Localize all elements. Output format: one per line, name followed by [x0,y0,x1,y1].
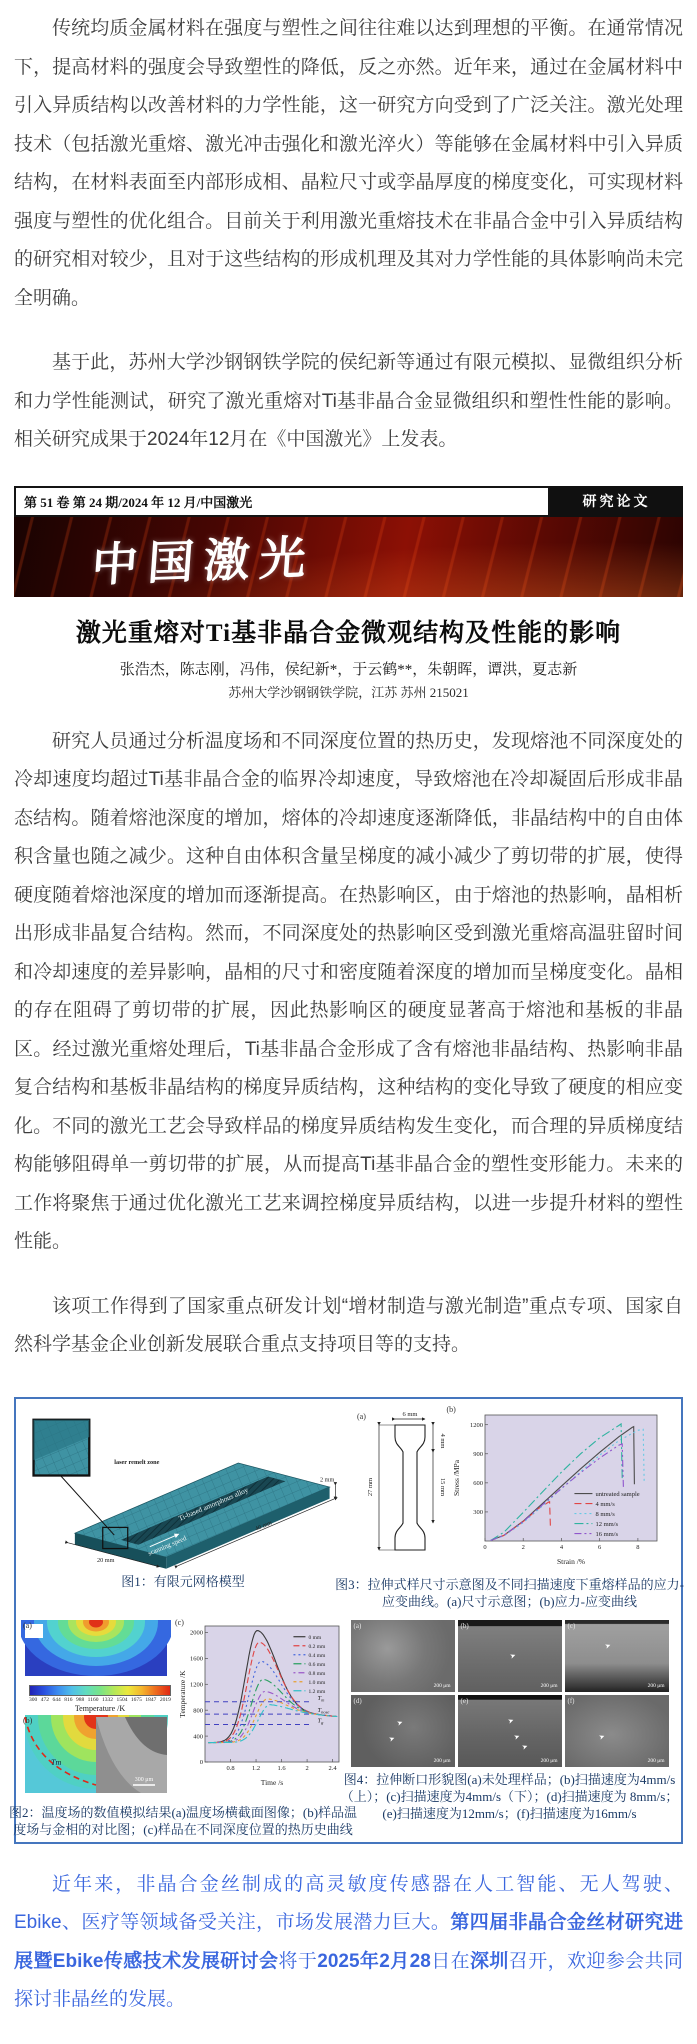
fig2-panel-c-label: (c) [175,1618,184,1627]
svg-text:8 mm/s: 8 mm/s [595,1510,615,1517]
svg-text:2: 2 [305,1765,308,1772]
svg-text:0.2 mm: 0.2 mm [308,1643,326,1649]
fig2-scalebar-label: 300 μm [135,1777,154,1783]
svg-text:800: 800 [193,1707,203,1714]
journal-logo-calligraphy: 中国激光 [90,520,318,594]
fig3-panel-b-label: (b) [447,1405,456,1414]
conference-date: 2025年2月28 [317,1951,431,1972]
svg-text:12 mm/s: 12 mm/s [595,1520,618,1527]
paragraph-funding: 该项工作得到了国家重点研发计划“增材制造与激光制造”重点专项、国家自然科学基金企… [14,1288,683,1365]
conference-announcement: 近年来，非晶合金丝制成的高灵敏度传感器在人工智能、无人驾驶、Ebike、医疗等领… [14,1866,683,2020]
sem-panel-a: (a) 200 μm [351,1620,455,1692]
svg-text:1.2 mm: 1.2 mm [308,1688,326,1694]
svg-text:4: 4 [559,1544,563,1551]
fig1-remelt-zone-label: laser remelt zone [114,1458,159,1465]
figure1-caption: 图1：有限元网格模型 [121,1573,245,1590]
journal-article-type-badge: 研究论文 [550,486,683,517]
svg-text:0.8 mm: 0.8 mm [308,1670,326,1676]
figure4-caption: 图4：拉伸断口形貌图(a)未处理样品；(b)扫描速度为4mm/s（上）；(c)扫… [341,1771,679,1822]
svg-text:0 mm: 0 mm [308,1634,321,1640]
fig3-dim-15mm: 15 mm [439,1477,446,1495]
journal-header-image: 第 51 卷 第 24 期/2024 年 12 月/中国激光 研究论文 中国激光… [14,486,683,701]
svg-text:0: 0 [200,1759,203,1766]
fig2-panel-b-label: (b) [23,1716,32,1725]
tensile-specimen-diagram: (a) 6 mm 4 mm 15 mm 27 mm [355,1407,451,1569]
svg-text:2: 2 [521,1544,524,1551]
svg-text:4 mm/s: 4 mm/s [595,1500,615,1507]
svg-text:6: 6 [598,1544,602,1551]
colorbar-gradient [29,1685,171,1696]
svg-text:600: 600 [473,1480,483,1487]
conference-city: 深圳 [470,1951,509,1972]
sem-panel-f: (f) ➤ 200 μm [565,1695,669,1767]
sem-panel-e: (e) ➤ ➤ ➤ 200 μm [458,1695,562,1767]
svg-text:1.6: 1.6 [278,1765,287,1772]
figure3-caption: 图3：拉伸式样尺寸示意图及不同扫描速度下重熔样品的应力-应变曲线。(a)尺寸示意… [335,1576,684,1610]
fig2-panel-a-label: (a) [23,1621,32,1630]
figure-2: (a) [21,1620,345,1838]
sem-panel-d: (d) ➤ ➤ 200 μm [351,1695,455,1767]
svg-text:0.6 mm: 0.6 mm [308,1661,326,1667]
colorbar-label: Temperature /K [29,1704,171,1713]
fig3-dim-6mm: 6 mm [402,1411,417,1418]
fem-mesh-model-figure: laser remelt zone Ti-based amorphous all… [22,1407,344,1569]
arrow-icon: ➤ [603,1641,611,1651]
fig1-dim-20mm: 20 mm [97,1557,115,1564]
journal-issue-strip: 第 51 卷 第 24 期/2024 年 12 月/中国激光 研究论文 [14,486,683,517]
article-page: 传统均质金属材料在强度与塑性之间往往难以达到理想的平衡。在通常情况下，提高材料的… [0,0,697,2044]
arrow-icon: ➤ [387,1734,395,1744]
figure-3: (a) 6 mm 4 mm 15 mm 27 mm ( [347,1407,672,1610]
fig3-dim-27mm: 27 mm [367,1477,374,1495]
svg-text:0.8: 0.8 [226,1765,234,1772]
fig3-panel-a-label: (a) [357,1412,366,1421]
thermal-history-chart: 0.81.21.622.40400800120016002000Time /sT… [177,1620,345,1788]
paper-title: 激光重熔对Ti基非晶合金微观结构及性能的影响 [14,613,683,649]
svg-text:0: 0 [483,1544,486,1551]
arrow-icon: ➤ [508,1651,516,1661]
arrow-icon: ➤ [512,1732,520,1742]
paragraph-background: 基于此，苏州大学沙钢钢铁学院的侯纪新等通过有限元模拟、显微组织分析和力学性能测试… [14,344,683,460]
arrow-icon: ➤ [597,1732,605,1742]
figure2-caption: 图2：温度场的数值模拟结果(a)温度场横截面图像；(b)样品温度场与金相的对比图… [9,1804,357,1838]
svg-text:Time /s: Time /s [261,1778,284,1787]
svg-text:900: 900 [473,1450,483,1457]
figure-panel: laser remelt zone Ti-based amorphous all… [14,1397,683,1844]
svg-text:300: 300 [473,1509,483,1516]
colorbar-tick-values: 300472644816988116013321504167518472019 [29,1697,171,1703]
svg-text:Temperature /K: Temperature /K [178,1669,187,1717]
figure-1: laser remelt zone Ti-based amorphous all… [21,1407,345,1610]
svg-text:1200: 1200 [470,1421,483,1428]
svg-text:16 mm/s: 16 mm/s [595,1530,618,1537]
journal-banner: 中国激光 [14,517,683,597]
arrow-icon: ➤ [395,1718,403,1728]
svg-text:0.4 mm: 0.4 mm [308,1652,326,1658]
sem-panel-b: (b) ➤ 200 μm [458,1620,562,1692]
paragraph-intro: 传统均质金属材料在强度与塑性之间往往难以达到理想的平衡。在通常情况下，提高材料的… [14,10,683,318]
svg-text:8: 8 [636,1544,639,1551]
paragraph-results: 研究人员通过分析温度场和不同深度位置的热历史，发现熔池不同深度处的冷却速度均超过… [14,723,683,1262]
svg-text:2000: 2000 [190,1629,203,1636]
svg-text:400: 400 [193,1733,203,1740]
svg-text:1200: 1200 [190,1681,203,1688]
journal-issue-info: 第 51 卷 第 24 期/2024 年 12 月/中国激光 [14,486,550,517]
figure-4: (a) 200 μm (b) ➤ 200 μm (c) ➤ 200 μm ( [347,1620,672,1838]
sem-panel-c: (c) ➤ 200 μm [565,1620,669,1692]
svg-text:2.4: 2.4 [329,1765,338,1772]
svg-text:Stress /MPa: Stress /MPa [452,1459,461,1496]
svg-text:1.2: 1.2 [252,1765,260,1772]
stress-strain-chart: 024683006009001200Strain /%Stress /MPaun… [451,1407,665,1567]
fig2-tm-label: Tm [51,1758,61,1767]
svg-text:1.0 mm: 1.0 mm [308,1679,326,1685]
paper-authors: 张浩杰，陈志刚，冯伟，侯纪新*，于云鹤**，朱朝晖，谭洪，夏志新 [14,658,683,679]
sem-fractograph-grid: (a) 200 μm (b) ➤ 200 μm (c) ➤ 200 μm ( [351,1620,669,1767]
fig3-dim-4mm: 4 mm [439,1433,446,1448]
fig1-dim-2mm: 2 mm [320,1476,335,1483]
temperature-field-contour [21,1620,171,1678]
arrow-icon: ➤ [506,1716,514,1726]
paper-affiliation: 苏州大学沙钢钢铁学院，江苏 苏州 215021 [14,682,683,701]
svg-text:Strain /%: Strain /% [556,1557,584,1566]
arrow-icon: ➤ [520,1742,528,1752]
svg-text:untreated sample: untreated sample [595,1490,639,1497]
svg-text:1600: 1600 [190,1655,203,1662]
meltpool-metallograph-comparison: Tm 300 μm [21,1715,171,1795]
temperature-colorbar: 300472644816988116013321504167518472019 … [29,1685,171,1713]
